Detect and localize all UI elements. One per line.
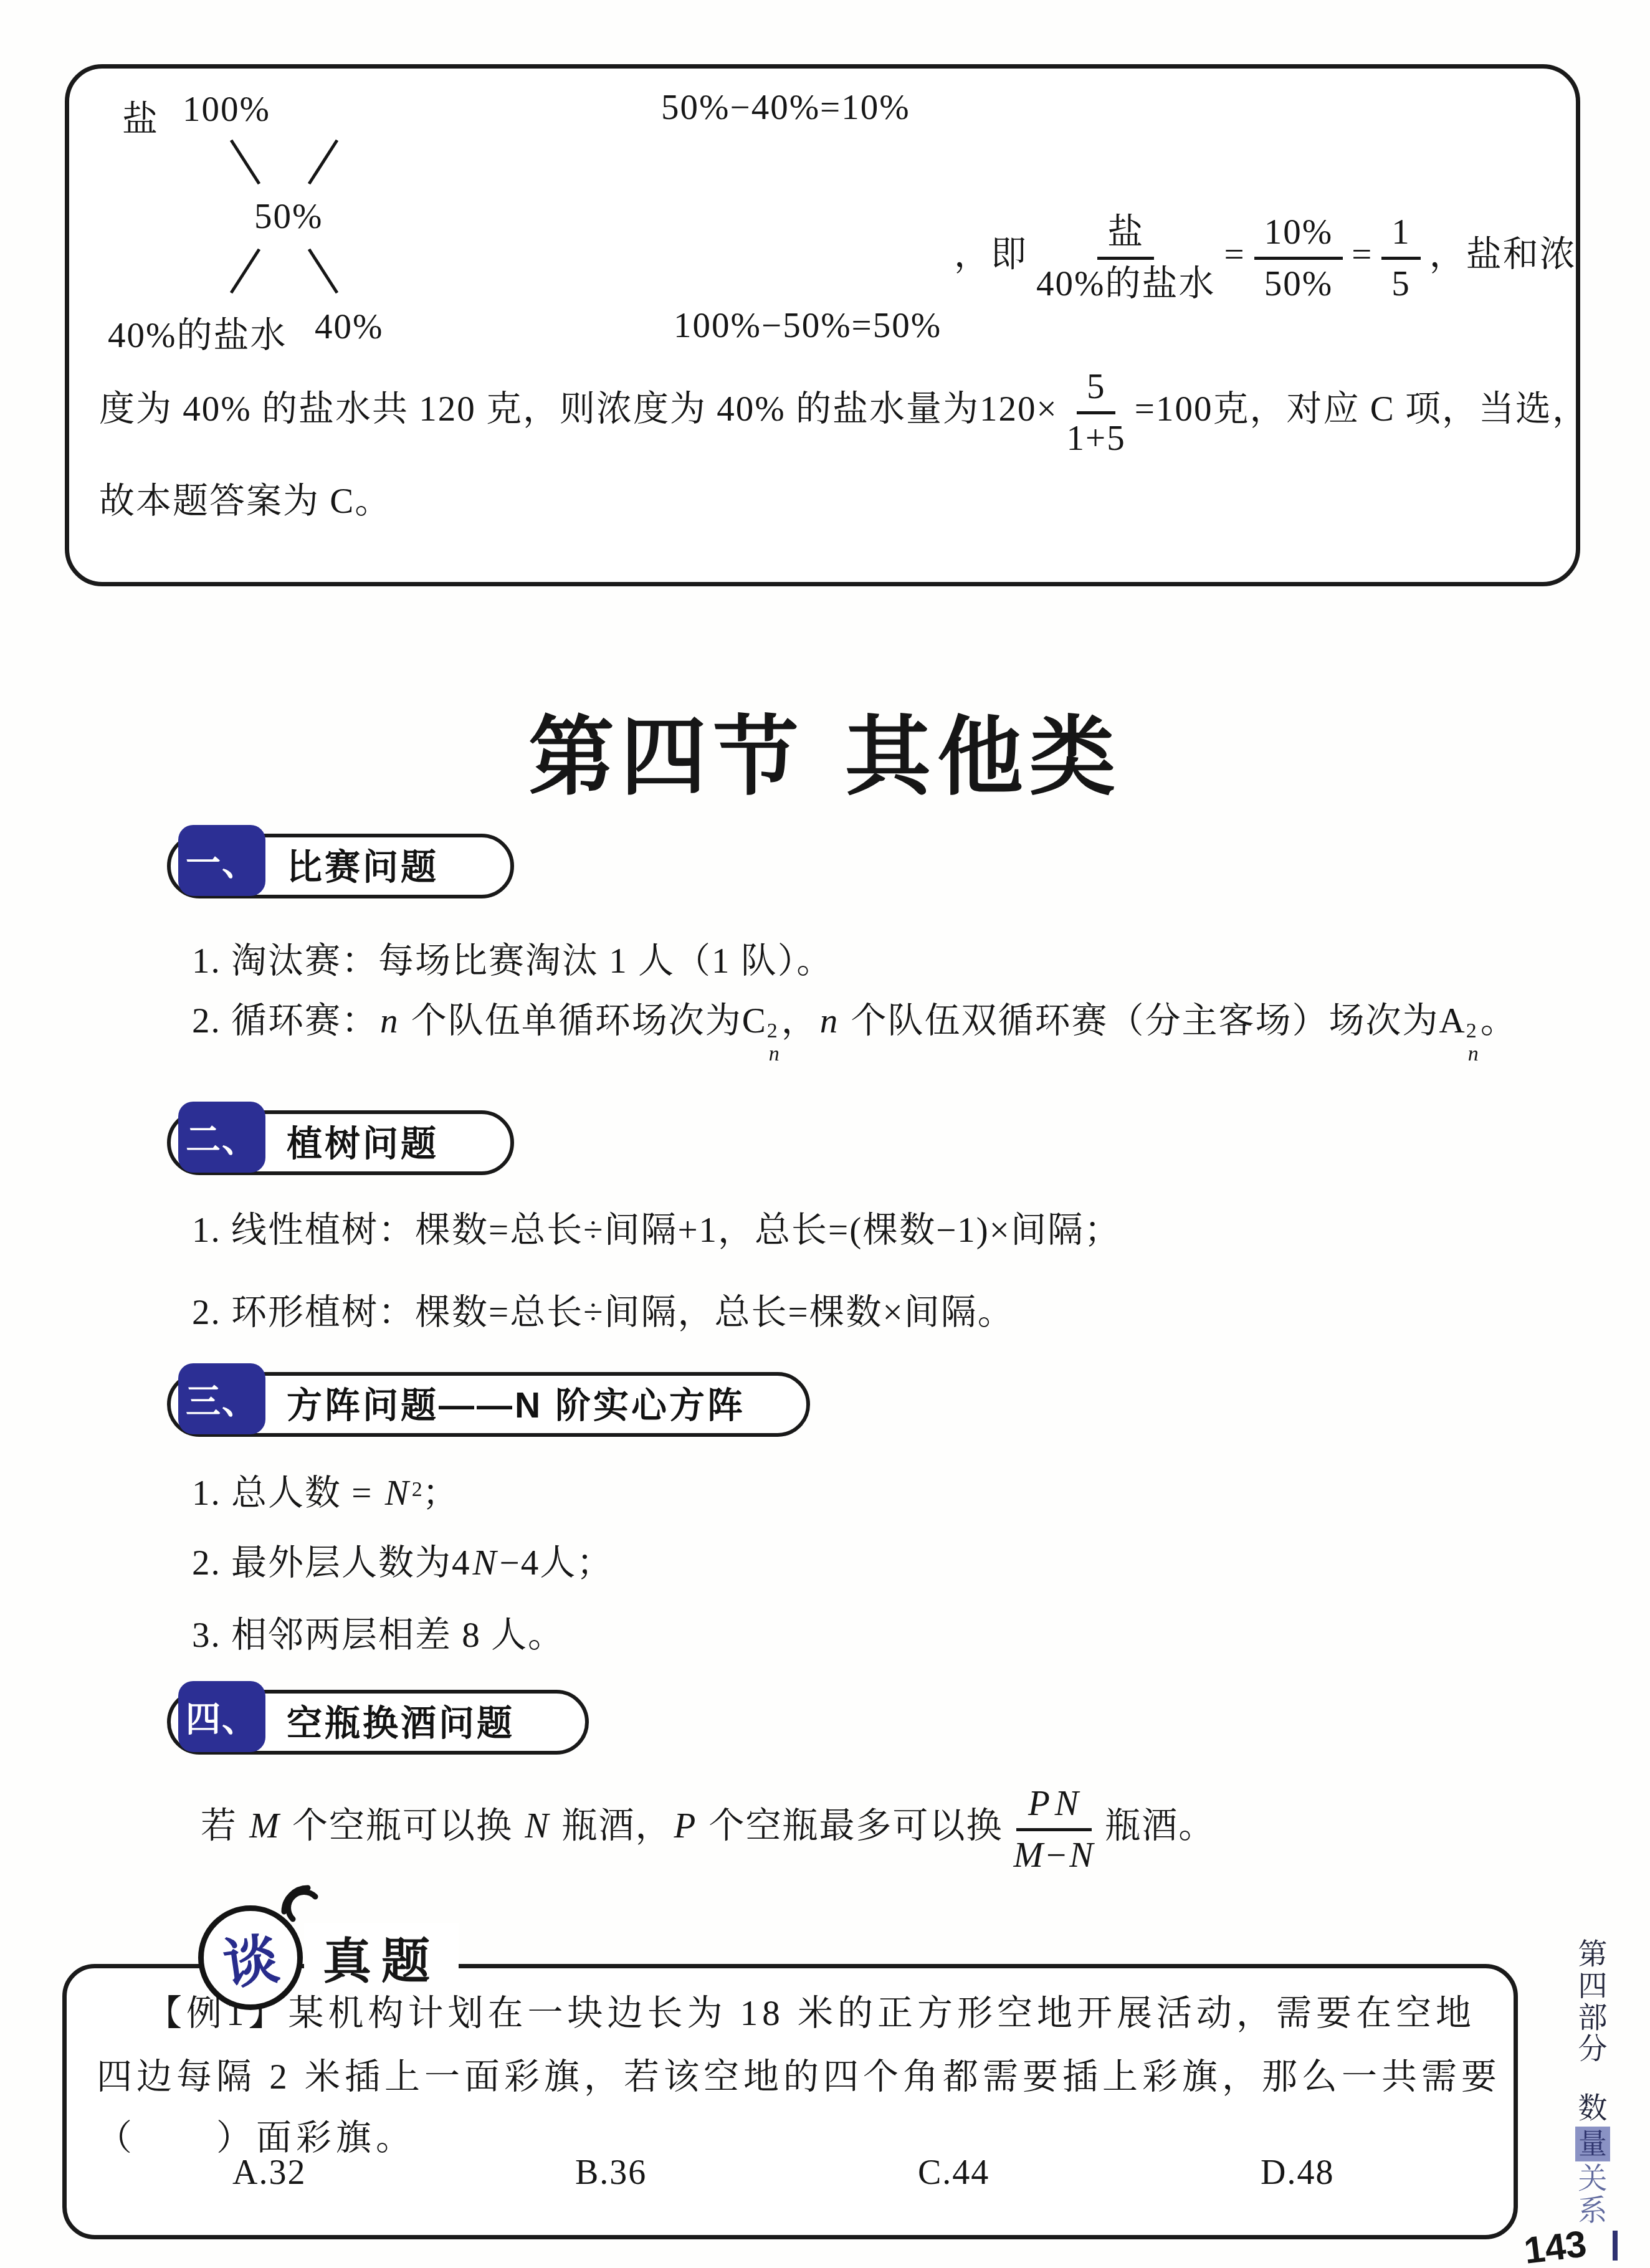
sidebar-chapter-char: 关 bbox=[1578, 2163, 1608, 2195]
list-item: 1. 总人数 = N2； bbox=[192, 1464, 459, 1515]
diagram-center-pct: 50% bbox=[254, 196, 323, 237]
section-title-number: 第四节 bbox=[528, 710, 805, 805]
badge-title: 植树问题 bbox=[287, 1110, 439, 1171]
solution-line-3: 故本题答案为 C。 bbox=[99, 472, 391, 523]
badge-number: 四、 bbox=[178, 1681, 265, 1752]
list-item: 1. 线性植树：棵数=总长÷间隔+1，总长=(棵数−1)×间隔； bbox=[192, 1201, 1121, 1252]
section-title: 第四节其他类 bbox=[0, 688, 1650, 811]
option-d: D.48 bbox=[1261, 2153, 1572, 2193]
option-c: C.44 bbox=[918, 2153, 1261, 2193]
badge-number: 二、 bbox=[178, 1102, 265, 1173]
diagram-salt-pct: 100% bbox=[183, 89, 270, 130]
brand-logo-character: 谈 bbox=[218, 1915, 284, 2000]
sidebar-chapter-char: 数 bbox=[1578, 2093, 1608, 2125]
diagram-brine-label: 40%的盐水 bbox=[108, 307, 287, 358]
signal-waves-icon bbox=[279, 1883, 329, 1933]
option-b: B.36 bbox=[575, 2153, 918, 2193]
diagram-bottom-equation: 100%−50%=50% bbox=[674, 305, 942, 346]
badge-title: 比赛问题 bbox=[287, 834, 439, 895]
sidebar-char: 部 bbox=[1578, 2003, 1608, 2034]
list-item: 2. 循环赛：n 个队伍单循环场次为C2n，n 个队伍双循环赛（分主客场）场次为… bbox=[192, 992, 1517, 1065]
option-a: A.32 bbox=[232, 2153, 575, 2193]
sidebar-char: 四 bbox=[1578, 1971, 1608, 2003]
badge-number: 一、 bbox=[178, 825, 265, 896]
list-item: 2. 最外层人数为4N−4人； bbox=[192, 1534, 613, 1585]
list-item: 1. 淘汰赛：每场比赛淘汰 1 人（1 队）。 bbox=[192, 932, 833, 983]
badge-title: 空瓶换酒问题 bbox=[287, 1690, 515, 1751]
ratio-formula: ，即盐40%的盐水=10%50%=15，盐和浓 bbox=[954, 212, 1576, 304]
bottle-formula-line: 若 M 个空瓶可以换 N 瓶酒，P 个空瓶最多可以换PNM−N瓶酒。 bbox=[201, 1783, 1215, 1875]
example-line-2: 四边每隔 2 米插上一面彩旗，若该空地的四个角都需要插上彩旗，那么一共需要 bbox=[97, 2048, 1501, 2099]
solution-box: 盐 100% 50%−40%=10% 50% 40%的盐水 40% 100%−5… bbox=[65, 64, 1580, 586]
badge-number: 三、 bbox=[178, 1363, 265, 1434]
book-page: 盐 100% 50%−40%=10% 50% 40%的盐水 40% 100%−5… bbox=[0, 0, 1650, 2268]
sidebar-chapter-char-highlight: 量 bbox=[1575, 2127, 1610, 2161]
diagram-brine-pct: 40% bbox=[315, 307, 383, 347]
sidebar-part-tab: 第 四 部 分 数 量 关 系 bbox=[1573, 1939, 1613, 2226]
section-title-text: 其他类 bbox=[845, 710, 1122, 805]
list-item: 2. 环形植树：棵数=总长÷间隔，总长=棵数×间隔。 bbox=[192, 1284, 1014, 1335]
badge-title: 方阵问题——N 阶实心方阵 bbox=[287, 1372, 745, 1433]
diagram-salt-label: 盐 bbox=[122, 90, 159, 141]
sidebar-char: 第 bbox=[1578, 1939, 1608, 1971]
diagram-top-equation: 50%−40%=10% bbox=[661, 87, 910, 128]
page-number: 143 bbox=[1522, 2222, 1589, 2268]
sidebar-char: 分 bbox=[1578, 2034, 1608, 2065]
real-exam-label: 真题 bbox=[304, 1923, 459, 1993]
page-number-bar bbox=[1613, 2231, 1618, 2261]
list-item: 3. 相邻两层相差 8 人。 bbox=[192, 1606, 565, 1657]
answer-options: A.32 B.36 C.44 D.48 bbox=[232, 2153, 1572, 2193]
solution-line-2: 度为 40% 的盐水共 120 克，则浓度为 40% 的盐水量为120×51+5… bbox=[99, 366, 1589, 459]
example-box: 【例1】某机构计划在一块边长为 18 米的正方形空地开展活动，需要在空地 四边每… bbox=[62, 1964, 1518, 2239]
